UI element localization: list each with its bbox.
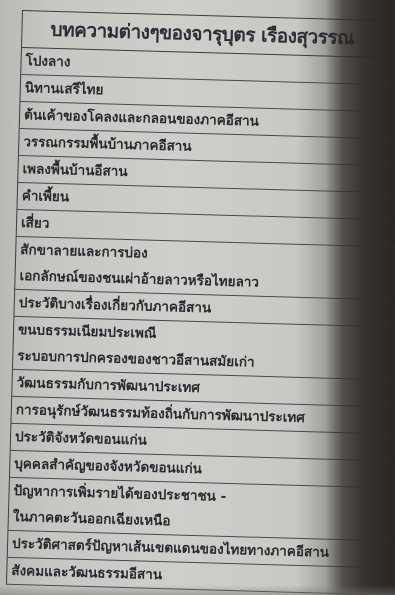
book-page: บทความต่างๆของจารุบุตร เรืองสุวรรณ โปงลา… bbox=[0, 0, 395, 595]
table-of-contents: บทความต่างๆของจารุบุตร เรืองสุวรรณ โปงลา… bbox=[6, 10, 395, 595]
